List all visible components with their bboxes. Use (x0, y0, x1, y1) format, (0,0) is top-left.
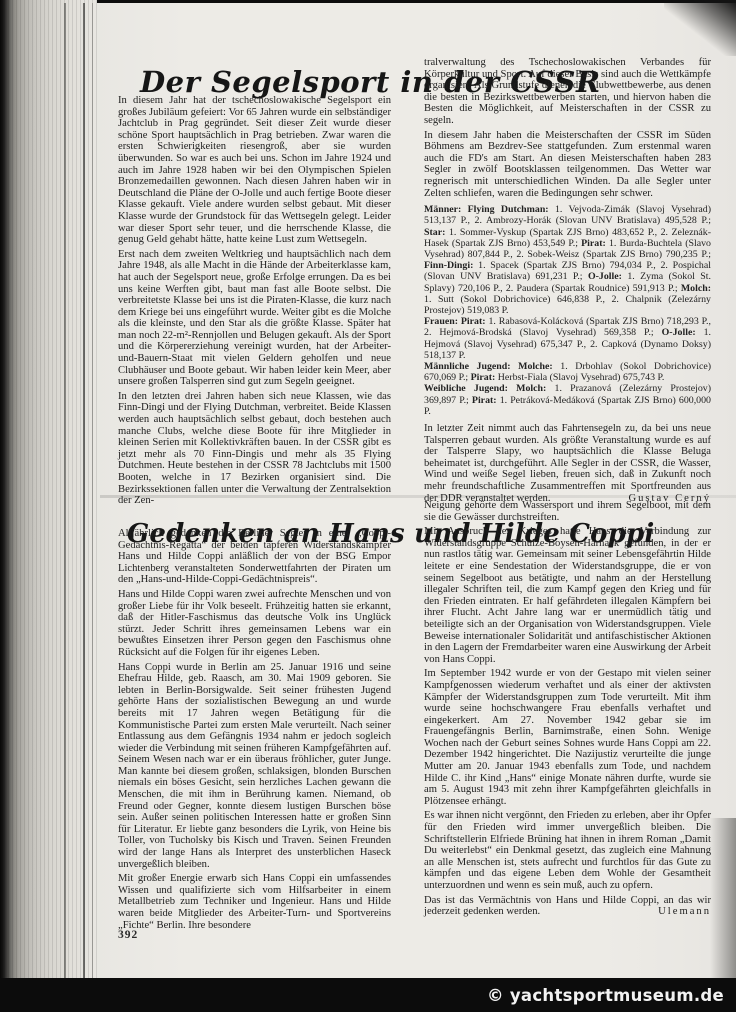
paragraph: Hans und Hilde Coppi waren zwei aufrecht… (118, 589, 391, 659)
paragraph: Männer: Flying Dutchman: 1. Vejvoda-Zimá… (424, 204, 711, 316)
paragraph: Im September 1942 wurde er von der Gesta… (424, 668, 711, 807)
result-class-label: Pirat: (472, 395, 500, 406)
article1-column1: In diesem Jahr hat der tschechoslowakisc… (118, 95, 391, 510)
page-edge-line (83, 3, 85, 978)
article2-column1: Alljährlich gedenken die Berliner Segler… (118, 528, 391, 934)
result-class-label: Star: (424, 227, 449, 238)
paragraph: In diesem Jahr hat der tschechoslowakisc… (118, 95, 391, 246)
page-edge-line (64, 3, 66, 978)
paragraph: Neigung gehörte dem Wassersport und ihre… (424, 500, 711, 523)
paragraph: Weibliche Jugend: Molch: 1. Prazanová (Z… (424, 383, 711, 417)
paragraph: Mit großer Energie erwarb sich Hans Copp… (118, 873, 391, 931)
corner-shadow (664, 0, 736, 56)
result-entry-text: Herbst-Fiala (Slavoj Vysehrad) 675,743 P… (498, 372, 665, 383)
paragraph: In den letzten drei Jahren haben sich ne… (118, 391, 391, 507)
article2-column2: Neigung gehörte dem Wassersport und ihre… (424, 500, 711, 921)
result-class-label: Männer: Flying Dutchman: (424, 204, 555, 215)
right-edge-shadow (710, 818, 736, 978)
result-class-label: Molch: (681, 283, 711, 294)
result-class-label: Finn-Dingi: (424, 260, 478, 271)
paragraph: In diesem Jahr haben die Meisterschaften… (424, 130, 711, 200)
article2-closing: Das ist das Vermächtnis von Hans und Hil… (424, 895, 711, 918)
result-class-label: Männliche Jugend: Molche: (424, 361, 560, 372)
result-class-label: Frauen: Pirat: (424, 316, 488, 327)
result-entry-text: 1. Sutt (Sokol Dobrichovice) 646,838 P.,… (424, 294, 711, 316)
paragraph: Alljährlich gedenken die Berliner Segler… (118, 528, 391, 586)
article2-column2-text: Neigung gehörte dem Wassersport und ihre… (424, 500, 711, 892)
regatta-results-list: Männer: Flying Dutchman: 1. Vejvoda-Zimá… (424, 204, 711, 417)
result-class-label: Pirat: (471, 372, 498, 383)
byline-ulemann: Ulemann (658, 906, 711, 918)
result-class-label: Weibliche Jugend: Molch: (424, 383, 555, 394)
page-top-edge (0, 0, 736, 3)
article1-closing: In letzter Zeit nimmt auch das Fahrtense… (424, 423, 711, 504)
scanned-book-page: { "colors": { "page_background": "#edebe… (0, 0, 736, 1012)
result-class-label: Pirat: (581, 238, 609, 249)
paragraph: Frauen: Pirat: 1. Rabasová-Kolácková (Sp… (424, 316, 711, 361)
paragraph: Mit Ausbruch des Krieges hatte Hans die … (424, 526, 711, 665)
paragraph: Männliche Jugend: Molche: 1. Drbohlav (S… (424, 361, 711, 383)
article1-column2-text: tralverwaltung des Tschechoslowakischen … (424, 57, 711, 199)
paragraph: Erst nach dem zweiten Weltkrieg und haup… (118, 249, 391, 388)
paragraph: Hans Coppi wurde in Berlin am 25. Januar… (118, 662, 391, 871)
page-edge-line (92, 3, 93, 978)
result-class-label: O-Jolle: (588, 271, 627, 282)
paragraph: Es war ihnen nicht vergönnt, den Frieden… (424, 810, 711, 891)
paragraph: tralverwaltung des Tschechoslowakischen … (424, 57, 711, 127)
watermark-bar: © yachtsportmuseum.de (0, 978, 736, 1012)
article1-column2: tralverwaltung des Tschechoslowakischen … (424, 57, 711, 507)
page-number: 392 (118, 929, 138, 941)
watermark-text: © yachtsportmuseum.de (487, 986, 724, 1005)
result-class-label: O-Jolle: (662, 327, 704, 338)
